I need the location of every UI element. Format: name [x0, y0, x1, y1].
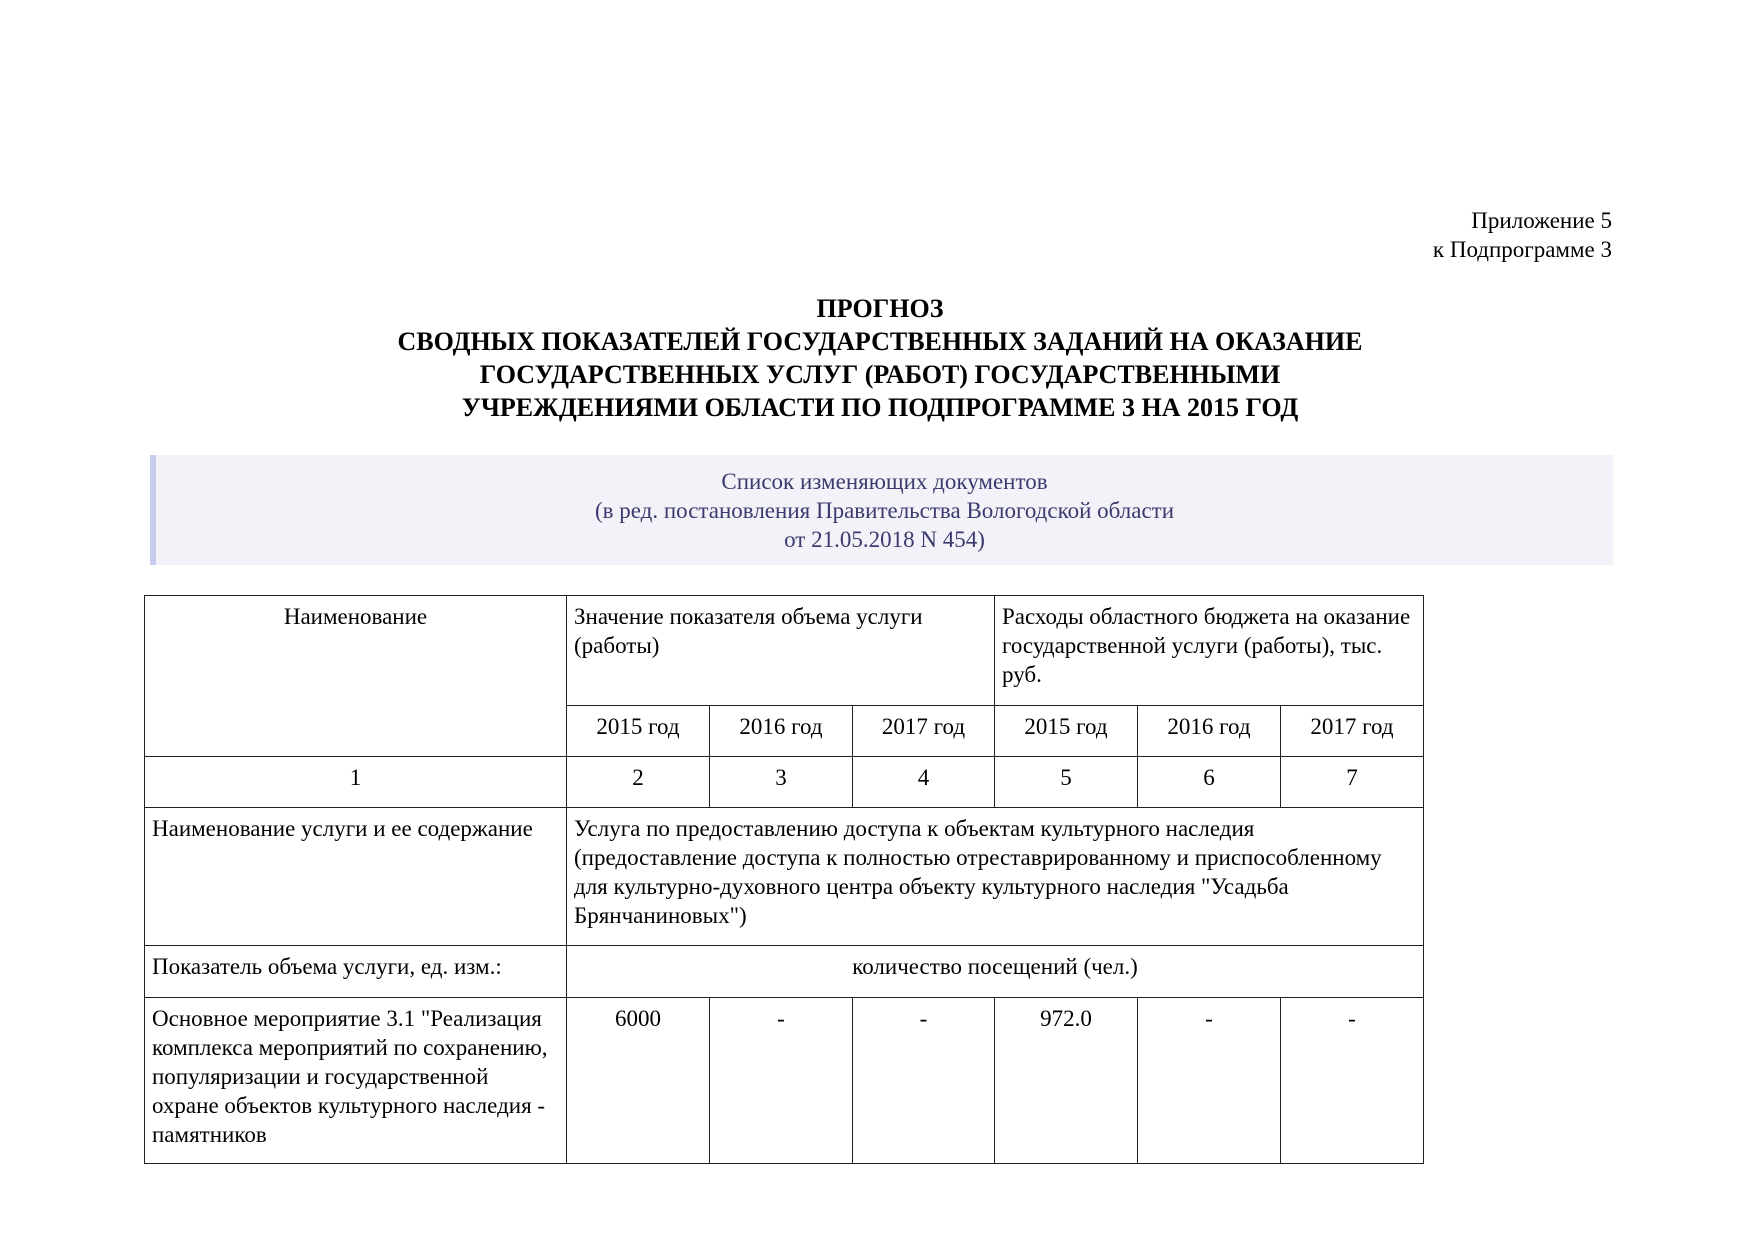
activity-row: Основное мероприятие 3.1 "Реализация ком… [145, 998, 1424, 1164]
title-line-2: СВОДНЫХ ПОКАЗАТЕЛЕЙ ГОСУДАРСТВЕННЫХ ЗАДА… [150, 325, 1610, 358]
changes-heading: Список изменяющих документов [156, 467, 1613, 496]
changes-link[interactable]: от 21.05.2018 N 454) [156, 525, 1613, 554]
year-cell: 2016 год [1138, 706, 1281, 757]
appendix-line-1: Приложение 5 [1433, 206, 1612, 235]
title-line-1: ПРОГНОЗ [150, 292, 1610, 325]
activity-value: - [710, 998, 853, 1164]
column-numbers-row: 1 2 3 4 5 6 7 [145, 757, 1424, 808]
appendix-line-2: к Подпрограмме 3 [1433, 235, 1612, 264]
header-volume: Значение показателя объема услуги (работ… [567, 596, 995, 706]
column-number: 5 [995, 757, 1138, 808]
indicator-label: Показатель объема услуги, ед. изм.: [145, 946, 567, 998]
year-cell: 2015 год [567, 706, 710, 757]
service-label: Наименование услуги и ее содержание [145, 808, 567, 946]
service-value: Услуга по предоставлению доступа к объек… [567, 808, 1424, 946]
indicator-row: Показатель объема услуги, ед. изм.: коли… [145, 946, 1424, 998]
activity-value: - [1138, 998, 1281, 1164]
activity-label: Основное мероприятие 3.1 "Реализация ком… [145, 998, 567, 1164]
column-number: 6 [1138, 757, 1281, 808]
activity-value: - [1281, 998, 1424, 1164]
year-cell: 2016 год [710, 706, 853, 757]
amending-documents-box: Список изменяющих документов (в ред. пос… [150, 455, 1613, 565]
service-row: Наименование услуги и ее содержание Услу… [145, 808, 1424, 946]
year-cell: 2017 год [853, 706, 995, 757]
year-cell: 2015 год [995, 706, 1138, 757]
header-name: Наименование [145, 596, 567, 757]
year-cell: 2017 год [1281, 706, 1424, 757]
changes-line-2: (в ред. постановления Правительства Воло… [156, 496, 1613, 525]
activity-value: - [853, 998, 995, 1164]
header-expenses: Расходы областного бюджета на оказание г… [995, 596, 1424, 706]
appendix-reference: Приложение 5 к Подпрограмме 3 [1433, 206, 1612, 264]
title-line-3: ГОСУДАРСТВЕННЫХ УСЛУГ (РАБОТ) ГОСУДАРСТВ… [150, 358, 1610, 391]
column-number: 4 [853, 757, 995, 808]
indicator-value: количество посещений (чел.) [567, 946, 1424, 998]
column-number: 7 [1281, 757, 1424, 808]
column-number: 3 [710, 757, 853, 808]
column-number: 1 [145, 757, 567, 808]
activity-value: 6000 [567, 998, 710, 1164]
document-title: ПРОГНОЗ СВОДНЫХ ПОКАЗАТЕЛЕЙ ГОСУДАРСТВЕН… [150, 292, 1610, 424]
title-line-4: УЧРЕЖДЕНИЯМИ ОБЛАСТИ ПО ПОДПРОГРАММЕ 3 Н… [150, 391, 1610, 424]
activity-value: 972.0 [995, 998, 1138, 1164]
header-row: Наименование Значение показателя объема … [145, 596, 1424, 706]
column-number: 2 [567, 757, 710, 808]
forecast-table: Наименование Значение показателя объема … [144, 595, 1424, 1164]
